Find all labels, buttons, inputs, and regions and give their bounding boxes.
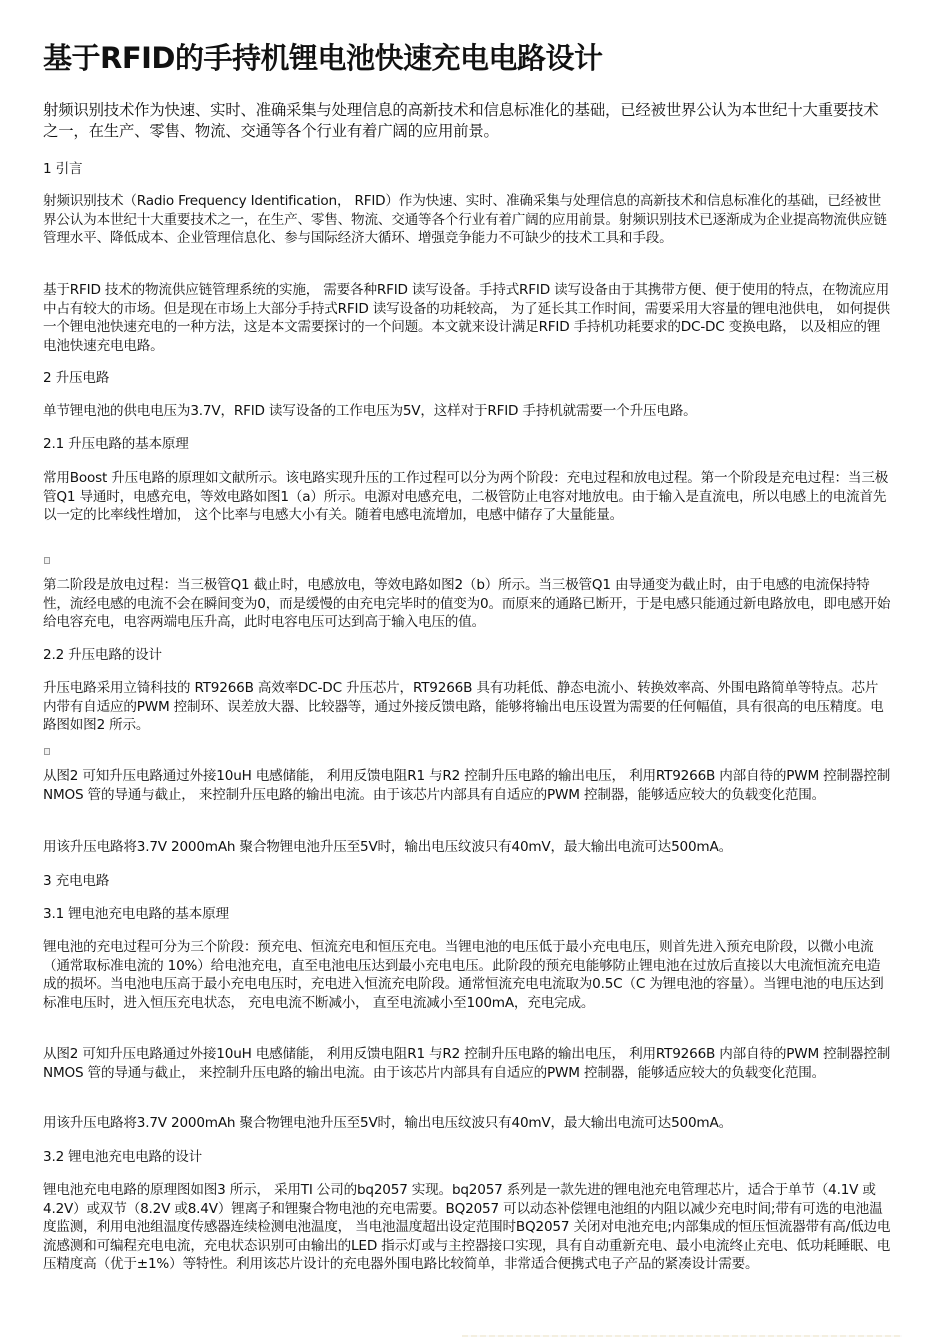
paragraph-2-1-2: 第二阶段是放电过程：当三极管Q1 截止时，电感放电，等效电路如图2（b）所示。当… [43,576,891,632]
paragraph-1-2: 基于RFID 技术的物流供应链管理系统的实施， 需要各种RFID 读写设备。手持… [43,281,891,355]
section-heading-3: 3 充电电路 [43,872,891,890]
section-heading-3-2: 3.2 锂电池充电电路的设计 [43,1148,891,1166]
paragraph-3-1-3: 用该升压电路将3.7V 2000mAh 聚合物锂电池升压至5V时，输出电压纹波只… [43,1114,891,1133]
section-heading-3-1: 3.1 锂电池充电电路的基本原理 [43,905,891,923]
paragraph-2-1-1: 常用Boost 升压电路的原理如文献所示。该电路实现升压的工作过程可以分为两个阶… [43,469,891,525]
paragraph-3-1-1: 锂电池的充电过程可分为三个阶段：预充电、恒流充电和恒压充电。当锂电池的电压低于最… [43,938,891,1012]
lead-paragraph: 射频识别技术作为快速、实时、准确采集与处理信息的高新技术和信息标准化的基础，已经… [43,100,891,142]
paragraph-2-1: 单节锂电池的供电电压为3.7V，RFID 读写设备的工作电压为5V，这样对于RF… [43,402,891,421]
paragraph-3-1-2: 从图2 可知升压电路通过外接10uH 电感储能， 利用反馈电阻R1 与R2 控制… [43,1045,891,1082]
paragraph-2-2-2: 从图2 可知升压电路通过外接10uH 电感储能， 利用反馈电阻R1 与R2 控制… [43,767,891,804]
paragraph-3-2-1: 锂电池充电电路的原理图如图3 所示， 采用TI 公司的bq2057 实现。bq2… [43,1181,891,1274]
section-heading-2-2: 2.2 升压电路的设计 [43,646,891,664]
figure-1-image-placeholder [44,557,50,564]
section-heading-2: 2 升压电路 [43,369,891,387]
section-heading-2-1: 2.1 升压电路的基本原理 [43,435,891,453]
page-footer-divider [462,1335,902,1337]
paragraph-1-1: 射频识别技术（Radio Frequency Identification， R… [43,192,891,248]
document-title: 基于RFID的手持机锂电池快速充电电路设计 [43,38,603,78]
figure-2-image-placeholder [44,748,50,755]
paragraph-2-2-3: 用该升压电路将3.7V 2000mAh 聚合物锂电池升压至5V时，输出电压纹波只… [43,838,891,857]
paragraph-2-2-1: 升压电路采用立锜科技的 RT9266B 高效率DC-DC 升压芯片，RT9266… [43,679,891,735]
section-heading-1: 1 引言 [43,160,891,178]
